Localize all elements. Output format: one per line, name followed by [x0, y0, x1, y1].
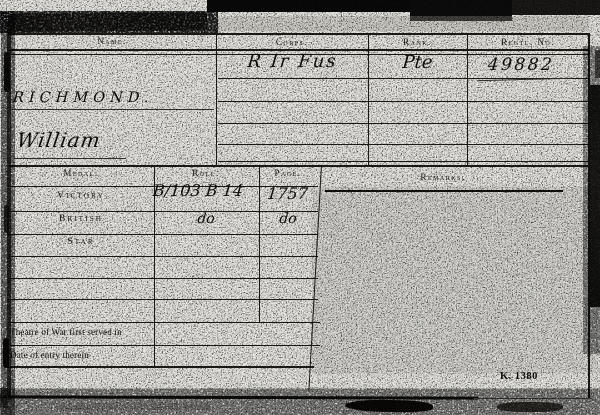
scan-smudge-bottom — [60, 403, 210, 410]
scan-smudge-band-left — [8, 12, 207, 31]
divider-line — [8, 234, 318, 235]
surname-underline — [12, 109, 214, 110]
date-of-entry-label: Date of entry therein — [10, 350, 155, 360]
divider-line — [8, 299, 318, 300]
scan-artifact-top-right-block — [512, 0, 600, 15]
roll-value: B/103 B 14 — [152, 181, 244, 200]
scan-dark-right-band — [590, 85, 600, 307]
divider-line — [8, 278, 318, 279]
card-bottom-border — [0, 395, 478, 399]
page-value: 1757 — [259, 184, 316, 203]
medal-name: Star — [8, 237, 154, 247]
regtl-no-handwriting: 49882 — [466, 55, 576, 75]
scan-smudge-band-right — [207, 16, 589, 31]
medal-name: Victory — [8, 191, 154, 201]
divider-line — [218, 161, 589, 162]
corps-handwriting: R Ir Fus — [219, 51, 366, 72]
surname-handwriting: RICHMOND. — [13, 90, 154, 106]
forename-underline — [14, 158, 126, 159]
divider-line — [218, 101, 589, 102]
page-column-header: Page. — [258, 168, 318, 178]
regtl-no-column-label: Regtl. No. — [467, 37, 589, 47]
scan-blotch-bottom-1 — [345, 399, 433, 413]
roll-column-header: Roll. — [154, 168, 258, 178]
card-bottom-border-faint — [474, 398, 592, 400]
forename-handwriting: William — [15, 128, 102, 152]
scan-blotch-bottom-2 — [497, 402, 563, 412]
scan-blotch-right-top — [595, 50, 600, 78]
divider-line — [216, 33, 217, 165]
page-value: do — [257, 211, 318, 227]
scan-blotch-left-3 — [3, 338, 9, 368]
divider-line — [8, 165, 589, 167]
scan-blotch-bottom-left — [0, 388, 8, 408]
divider-line — [8, 33, 589, 35]
medal-name: British — [8, 214, 154, 224]
theatre-of-war-label: Theatre of War first served in — [10, 327, 155, 337]
divider-line — [8, 322, 320, 323]
rank-column-label: Rank. — [368, 37, 467, 47]
medal-column-header: Medal. — [8, 168, 154, 178]
divider-line — [8, 256, 318, 257]
divider-line — [8, 345, 320, 346]
divider-line — [218, 123, 589, 124]
remarks-column-header: Remarks. — [318, 172, 568, 182]
remarks-underline — [325, 190, 563, 192]
corps-column-label: Corps. — [216, 37, 368, 47]
roll-value: do — [153, 211, 258, 227]
name-column-label: Name. — [8, 36, 216, 46]
divider-line — [8, 366, 314, 368]
form-number: K. 1380 — [500, 371, 538, 382]
rank-handwriting: Pte — [367, 52, 468, 73]
medal-index-card-scan: Name. Corps. Rank. Regtl. No. RICHMOND. … — [0, 0, 600, 415]
divider-line — [259, 165, 260, 322]
divider-line — [218, 144, 589, 145]
scan-blotch-left-1 — [4, 52, 10, 92]
